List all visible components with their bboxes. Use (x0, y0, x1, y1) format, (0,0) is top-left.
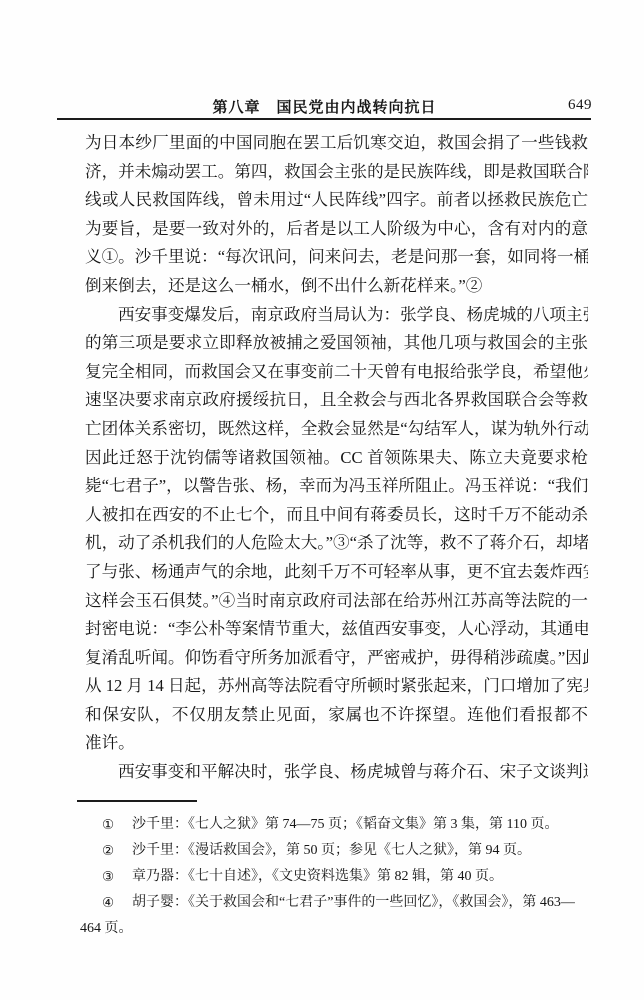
text-line: 亡团体关系密切，既然这样，全救会显然是“勾结军人，谋为轨外行动”， (85, 415, 588, 444)
text-line: 封密电说：“李公朴等案情节重大，兹值西安事变，人心浮动，其通电尤 (85, 615, 588, 644)
footnote-item: ③ 章乃器：《七十自述》，《文史资料选集》第 82 辑，第 40 页。 (80, 864, 585, 890)
running-header: 第八章 国民党由内战转向抗日 649 (57, 96, 592, 118)
footnote-item: ① 沙千里：《七人之狱》第 74—75 页；《韬奋文集》第 3 集，第 110 … (80, 812, 585, 838)
footnote-text: 沙千里：《七人之狱》第 74—75 页；《韬奋文集》第 3 集，第 110 页。 (132, 817, 558, 832)
chapter-title: 第八章 国民党由内战转向抗日 (57, 96, 592, 117)
text-line: 为要旨，是要一致对外的，后者是以工人阶级为中心，含有对内的意 (85, 215, 588, 244)
text-line: 这样会玉石俱焚。”④当时南京政府司法部在给苏州江苏高等法院的一 (85, 587, 588, 616)
footnote-item: ④ 胡子婴：《关于救国会和“七君子”事件的一些回忆》，《救国会》，第 463— (80, 890, 585, 916)
text-line: 人被扣在西安的不止七个，而且中间有蒋委员长，这时千万不能动杀 (85, 501, 588, 530)
text-line: 机，动了杀机我们的人危险太大。”③“杀了沈等，救不了蒋介石，却堵死 (85, 529, 588, 558)
text-line: 线或人民救国阵线，曾未用过“人民阵线”四字。前者以拯救民族危亡 (85, 186, 588, 215)
text-line: 西安事变爆发后，南京政府当局认为：张学良、杨虎城的八项主张 (85, 301, 588, 330)
text-line: 复完全相同，而救国会又在事变前二十天曾有电报给张学良，希望他火 (85, 358, 588, 387)
text-line: 因此迁怒于沈钧儒等诸救国领袖。CC 首领陈果夫、陈立夫竟要求枪 (85, 444, 588, 473)
footnote-text: 胡子婴：《关于救国会和“七君子”事件的一些回忆》，《救国会》，第 463— (132, 895, 575, 910)
text-line: 西安事变和平解决时，张学良、杨虎城曾与蒋介石、宋子文谈判达 (85, 758, 588, 787)
footnote-marker: ③ (102, 864, 114, 890)
text-line: 复淆乱听闻。仰饬看守所务加派看守，严密戒护，毋得稍涉疏虞。”因此 (85, 644, 588, 673)
text-line: 和保安队，不仅朋友禁止见面，家属也不许探望。连他们看报都不 (85, 701, 588, 730)
text-line: 倒来倒去，还是这么一桶水，倒不出什么新花样来。”② (85, 272, 588, 301)
footnote-continuation: 464 页。 (80, 916, 585, 942)
text-line: 义①。沙千里说：“每次讯问，问来问去，老是问那一套，如同将一桶水， (85, 243, 588, 272)
footnote-text: 章乃器：《七十自述》，《文史资料选集》第 82 辑，第 40 页。 (132, 869, 503, 884)
footnote-text: 沙千里：《漫话救国会》，第 50 页；参见《七人之狱》，第 94 页。 (132, 843, 531, 858)
text-line: 了与张、杨通声气的余地，此刻千万不可轻率从事，更不宜去轰炸西安， (85, 558, 588, 587)
page-number: 649 (568, 97, 592, 114)
text-line: 从 12 月 14 日起，苏州高等法院看守所顿时紧张起来，门口增加了宪兵 (85, 672, 588, 701)
footnote-marker: ① (102, 812, 114, 838)
text-line: 速坚决要求南京政府援绥抗日，且全救会与西北各界救国联合会等救 (85, 386, 588, 415)
footnote-separator (77, 800, 197, 802)
text-line: 为日本纱厂里面的中国同胞在罢工后饥寒交迫，救国会捐了一些钱救 (85, 129, 588, 158)
header-rule (57, 118, 591, 120)
footnote-marker: ④ (102, 890, 114, 916)
text-line: 的第三项是要求立即释放被捕之爱国领袖，其他几项与救国会的主张 (85, 329, 588, 358)
footnote-marker: ② (102, 838, 114, 864)
body-text: 为日本纱厂里面的中国同胞在罢工后饥寒交迫，救国会捐了一些钱救 济，并未煽动罢工。… (85, 129, 588, 787)
footnotes: ① 沙千里：《七人之狱》第 74—75 页；《韬奋文集》第 3 集，第 110 … (80, 812, 585, 942)
book-page: 第八章 国民党由内战转向抗日 649 为日本纱厂里面的中国同胞在罢工后饥寒交迫，… (0, 0, 644, 1000)
footnote-item: ② 沙千里：《漫话救国会》，第 50 页；参见《七人之狱》，第 94 页。 (80, 838, 585, 864)
text-line: 毙“七君子”，以警告张、杨，幸而为冯玉祥所阻止。冯玉祥说：“我们的 (85, 472, 588, 501)
text-line: 济，并未煽动罢工。第四，救国会主张的是民族阵线，即是救国联合阵 (85, 158, 588, 187)
text-line: 准许。 (85, 729, 588, 758)
